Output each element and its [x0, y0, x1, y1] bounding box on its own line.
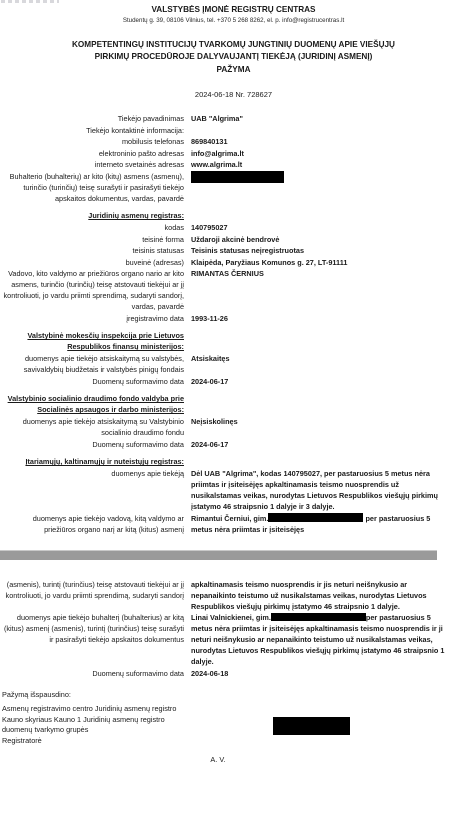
field-row: duomenys apie tiekėjąDėl UAB "Algrima", …	[0, 468, 467, 512]
org-name: VALSTYBĖS ĮMONĖ REGISTRŲ CENTRAS	[0, 5, 467, 15]
field-label: interneto svetainės adresas	[0, 159, 184, 170]
field-label: Buhalterio (buhalterių) ar kito (kitų) a…	[0, 171, 184, 204]
field-value: Dėl UAB "Algrima", kodas 140795027, per …	[191, 468, 447, 512]
field-value: Rimantui Černiui, gim. per pastaruosius …	[191, 513, 447, 535]
section-heading: Įtariamųjų, kaltinamųjų ir nuteistųjų re…	[0, 456, 184, 467]
field-value: Atsiskaitęs	[191, 353, 447, 364]
field-row: Duomenų suformavimo data2024-06-17	[0, 439, 467, 450]
field-label: (asmenis), turintį (turinčius) teisę ats…	[0, 579, 184, 601]
field-value: Linai Valnickienei, gim.per pastaruosius…	[191, 612, 447, 667]
field-row: įregistravimo data1993-11-26	[0, 313, 467, 324]
field-row: Duomenų suformavimo data2024-06-17	[0, 376, 467, 387]
field-label: Tiekėjo pavadinimas	[0, 113, 184, 124]
redacted-text	[191, 171, 284, 183]
field-row: duomenys apie tiekėjo buhalterį (buhalte…	[0, 612, 467, 667]
footer: Pažymą išspausdino: Asmenų registravimo …	[0, 689, 467, 765]
field-label: duomenys apie tiekėją	[0, 468, 184, 479]
field-label: Vadovo, kito valdymo ar priežiūros organ…	[0, 268, 184, 312]
field-label: Duomenų suformavimo data	[0, 668, 184, 679]
field-label: Duomenų suformavimo data	[0, 439, 184, 450]
field-row: duomenys apie tiekėjo vadovą, kitą valdy…	[0, 513, 467, 535]
printed-by-label: Pažymą išspausdino:	[2, 689, 467, 700]
field-row: (asmenis), turintį (turinčius) teisę ats…	[0, 579, 467, 612]
redacted-text	[271, 613, 366, 622]
registrar-line: Kauno skyriaus Kauno 1 Juridinių asmenų …	[2, 715, 270, 726]
field-label: įregistravimo data	[0, 313, 184, 324]
field-value: 869840131	[191, 136, 447, 147]
field-label: Duomenų suformavimo data	[0, 376, 184, 387]
field-label: buveinė (adresas)	[0, 257, 184, 268]
section-heading: Juridinių asmenų registras:	[0, 210, 184, 221]
section-heading: Valstybinė mokesčių inspekcija prie Liet…	[0, 330, 184, 352]
field-label: kodas	[0, 222, 184, 233]
field-row: duomenys apie tiekėjo atsiskaitymą su va…	[0, 353, 467, 375]
field-label: duomenys apie tiekėjo atsiskaitymą su va…	[0, 353, 184, 375]
registrar-line: Asmenų registravimo centro Juridinių asm…	[2, 704, 270, 715]
registrar-block: Asmenų registravimo centro Juridinių asm…	[2, 704, 467, 747]
field-value: 2024-06-17	[191, 376, 447, 387]
document-title: KOMPETENTINGŲ INSTITUCIJŲ TVARKOMŲ JUNGT…	[0, 39, 467, 76]
field-value: Teisinis statusas neįregistruotas	[191, 245, 447, 256]
field-value: 2024-06-17	[191, 439, 447, 450]
field-label: duomenys apie tiekėjo vadovą, kitą valdy…	[0, 513, 184, 535]
field-row: elektroninio pašto adresasinfo@algrima.l…	[0, 148, 467, 159]
field-value: 140795027	[191, 222, 447, 233]
field-label: duomenys apie tiekėjo atsiskaitymą su Va…	[0, 416, 184, 438]
certificate-document: VALSTYBĖS ĮMONĖ REGISTRŲ CENTRAS Student…	[0, 0, 467, 765]
field-value	[191, 171, 447, 186]
fields-page-1: Tiekėjo pavadinimasUAB "Algrima"Tiekėjo …	[0, 113, 467, 535]
field-value: Uždaroji akcinė bendrovė	[191, 234, 447, 245]
registrar-lines: Asmenų registravimo centro Juridinių asm…	[2, 704, 270, 747]
field-label: teisinis statusas	[0, 245, 184, 256]
document-title-line-1: KOMPETENTINGŲ INSTITUCIJŲ TVARKOMŲ JUNGT…	[0, 39, 467, 51]
fields-page-2: (asmenis), turintį (turinčius) teisę ats…	[0, 579, 467, 679]
field-value: Klaipėda, Paryžiaus Komunos g. 27, LT-91…	[191, 257, 447, 268]
field-label: mobilusis telefonas	[0, 136, 184, 147]
document-title-line-2: PIRKIMŲ PROCEDŪROJE DALYVAUJANTĮ TIEKĖJĄ…	[0, 51, 467, 63]
scan-edge-artifact	[1, 0, 59, 3]
field-row: teisinis statusasTeisinis statusas neįre…	[0, 245, 467, 256]
seal-placeholder: A. V.	[2, 754, 434, 765]
field-value: Neįsiskolinęs	[191, 416, 447, 427]
registrar-line: Registratorė	[2, 736, 270, 747]
registrar-line: duomenų tvarkymo grupės	[2, 725, 270, 736]
field-value: www.algrima.lt	[191, 159, 447, 170]
field-row: Tiekėjo pavadinimasUAB "Algrima"	[0, 113, 467, 124]
field-label: elektroninio pašto adresas	[0, 148, 184, 159]
field-row: teisinė formaUždaroji akcinė bendrovė	[0, 234, 467, 245]
field-row: Vadovo, kito valdymo ar priežiūros organ…	[0, 268, 467, 312]
document-date-number: 2024-06-18 Nr. 728627	[0, 89, 467, 100]
field-row: interneto svetainės adresaswww.algrima.l…	[0, 159, 467, 170]
redacted-signature	[273, 717, 350, 735]
redacted-text	[268, 513, 363, 522]
field-label: teisinė forma	[0, 234, 184, 245]
field-row: kodas140795027	[0, 222, 467, 233]
field-value: RIMANTAS ČERNIUS	[191, 268, 447, 279]
field-value: UAB "Algrima"	[191, 113, 447, 124]
document-title-line-3: PAŽYMA	[0, 64, 467, 76]
field-value: 1993-11-26	[191, 313, 447, 324]
field-row: duomenys apie tiekėjo atsiskaitymą su Va…	[0, 416, 467, 438]
field-label: duomenys apie tiekėjo buhalterį (buhalte…	[0, 612, 184, 645]
section-heading: Valstybinio socialinio draudimo fondo va…	[0, 393, 184, 415]
field-value: 2024-06-18	[191, 668, 447, 679]
field-value: info@algrima.lt	[191, 148, 447, 159]
field-value: apkaltinamasis teismo nuosprendis ir jis…	[191, 579, 447, 612]
org-contact-line: Studentų g. 39, 08106 Vilnius, tel. +370…	[0, 16, 467, 25]
field-row: Duomenų suformavimo data2024-06-18	[0, 668, 467, 679]
field-label: Tiekėjo kontaktinė informacija:	[0, 125, 184, 136]
field-row: Tiekėjo kontaktinė informacija:	[0, 125, 467, 136]
page-break-divider	[0, 550, 437, 560]
field-row: Buhalterio (buhalterių) ar kito (kitų) a…	[0, 171, 467, 204]
field-row: buveinė (adresas)Klaipėda, Paryžiaus Kom…	[0, 257, 467, 268]
field-row: mobilusis telefonas869840131	[0, 136, 467, 147]
